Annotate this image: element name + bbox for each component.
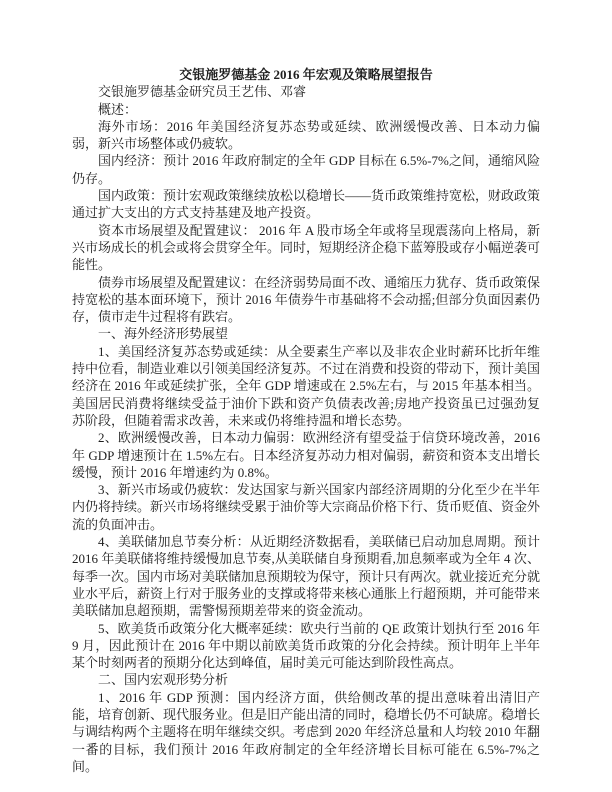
byline: 交银施罗德基金研究员王艺伟、邓睿 [72, 83, 540, 100]
paragraph: 2、欧洲缓慢改善，日本动力偏弱：欧洲经济有望受益于信贷环境改善，2016 年 G… [72, 429, 540, 481]
paragraph: 债券市场展望及配置建议：在经济弱势局面不改、通缩压力犹存、货币政策保持宽松的基本… [72, 274, 540, 326]
paragraph: 3、新兴市场或仍疲软：发达国家与新兴国家内部经济周期的分化至少在半年内仍将持续。… [72, 481, 540, 533]
paragraph: 5、欧美货币政策分化大概率延续：欧央行当前的 QE 政策计划执行至 2016 年… [72, 620, 540, 672]
section-heading: 二、国内宏观形势分析 [72, 671, 540, 688]
paragraph: 国内政策：预计宏观政策继续放松以稳增长——货币政策维持宽松，财政政策通过扩大支出… [72, 187, 540, 222]
document-content: 交银施罗德基金 2016 年宏观及策略展望报告 交银施罗德基金研究员王艺伟、邓睿… [72, 66, 540, 775]
document-body: 交银施罗德基金研究员王艺伟、邓睿概述：海外市场：2016 年美国经济复苏态势或延… [72, 83, 540, 775]
paragraph: 资本市场展望及配置建议： 2016 年 A 股市场全年或将呈现震荡向上格局，新兴… [72, 222, 540, 274]
paragraph: 4、美联储加息节奏分析：从近期经济数据看，美联储已启动加息周期。预计 2016 … [72, 533, 540, 619]
paragraph: 1、2016 年 GDP 预测：国内经济方面，供给侧改革的提出意味着出清旧产能，… [72, 689, 540, 775]
paragraph: 海外市场：2016 年美国经济复苏态势或延续、欧洲缓慢改善、日本动力偏弱，新兴市… [72, 118, 540, 153]
paragraph: 国内经济：预计 2016 年政府制定的全年 GDP 目标在 6.5%-7%之间，… [72, 152, 540, 187]
paragraph: 概述： [72, 101, 540, 118]
section-heading: 一、海外经济形势展望 [72, 325, 540, 342]
page-title: 交银施罗德基金 2016 年宏观及策略展望报告 [72, 66, 540, 83]
paragraph: 1、美国经济复苏态势或延续：从全要素生产率以及非农企业时薪环比折年维持中位看，制… [72, 343, 540, 429]
document-page: 交银施罗德基金 2016 年宏观及策略展望报告 交银施罗德基金研究员王艺伟、邓睿… [0, 0, 612, 792]
